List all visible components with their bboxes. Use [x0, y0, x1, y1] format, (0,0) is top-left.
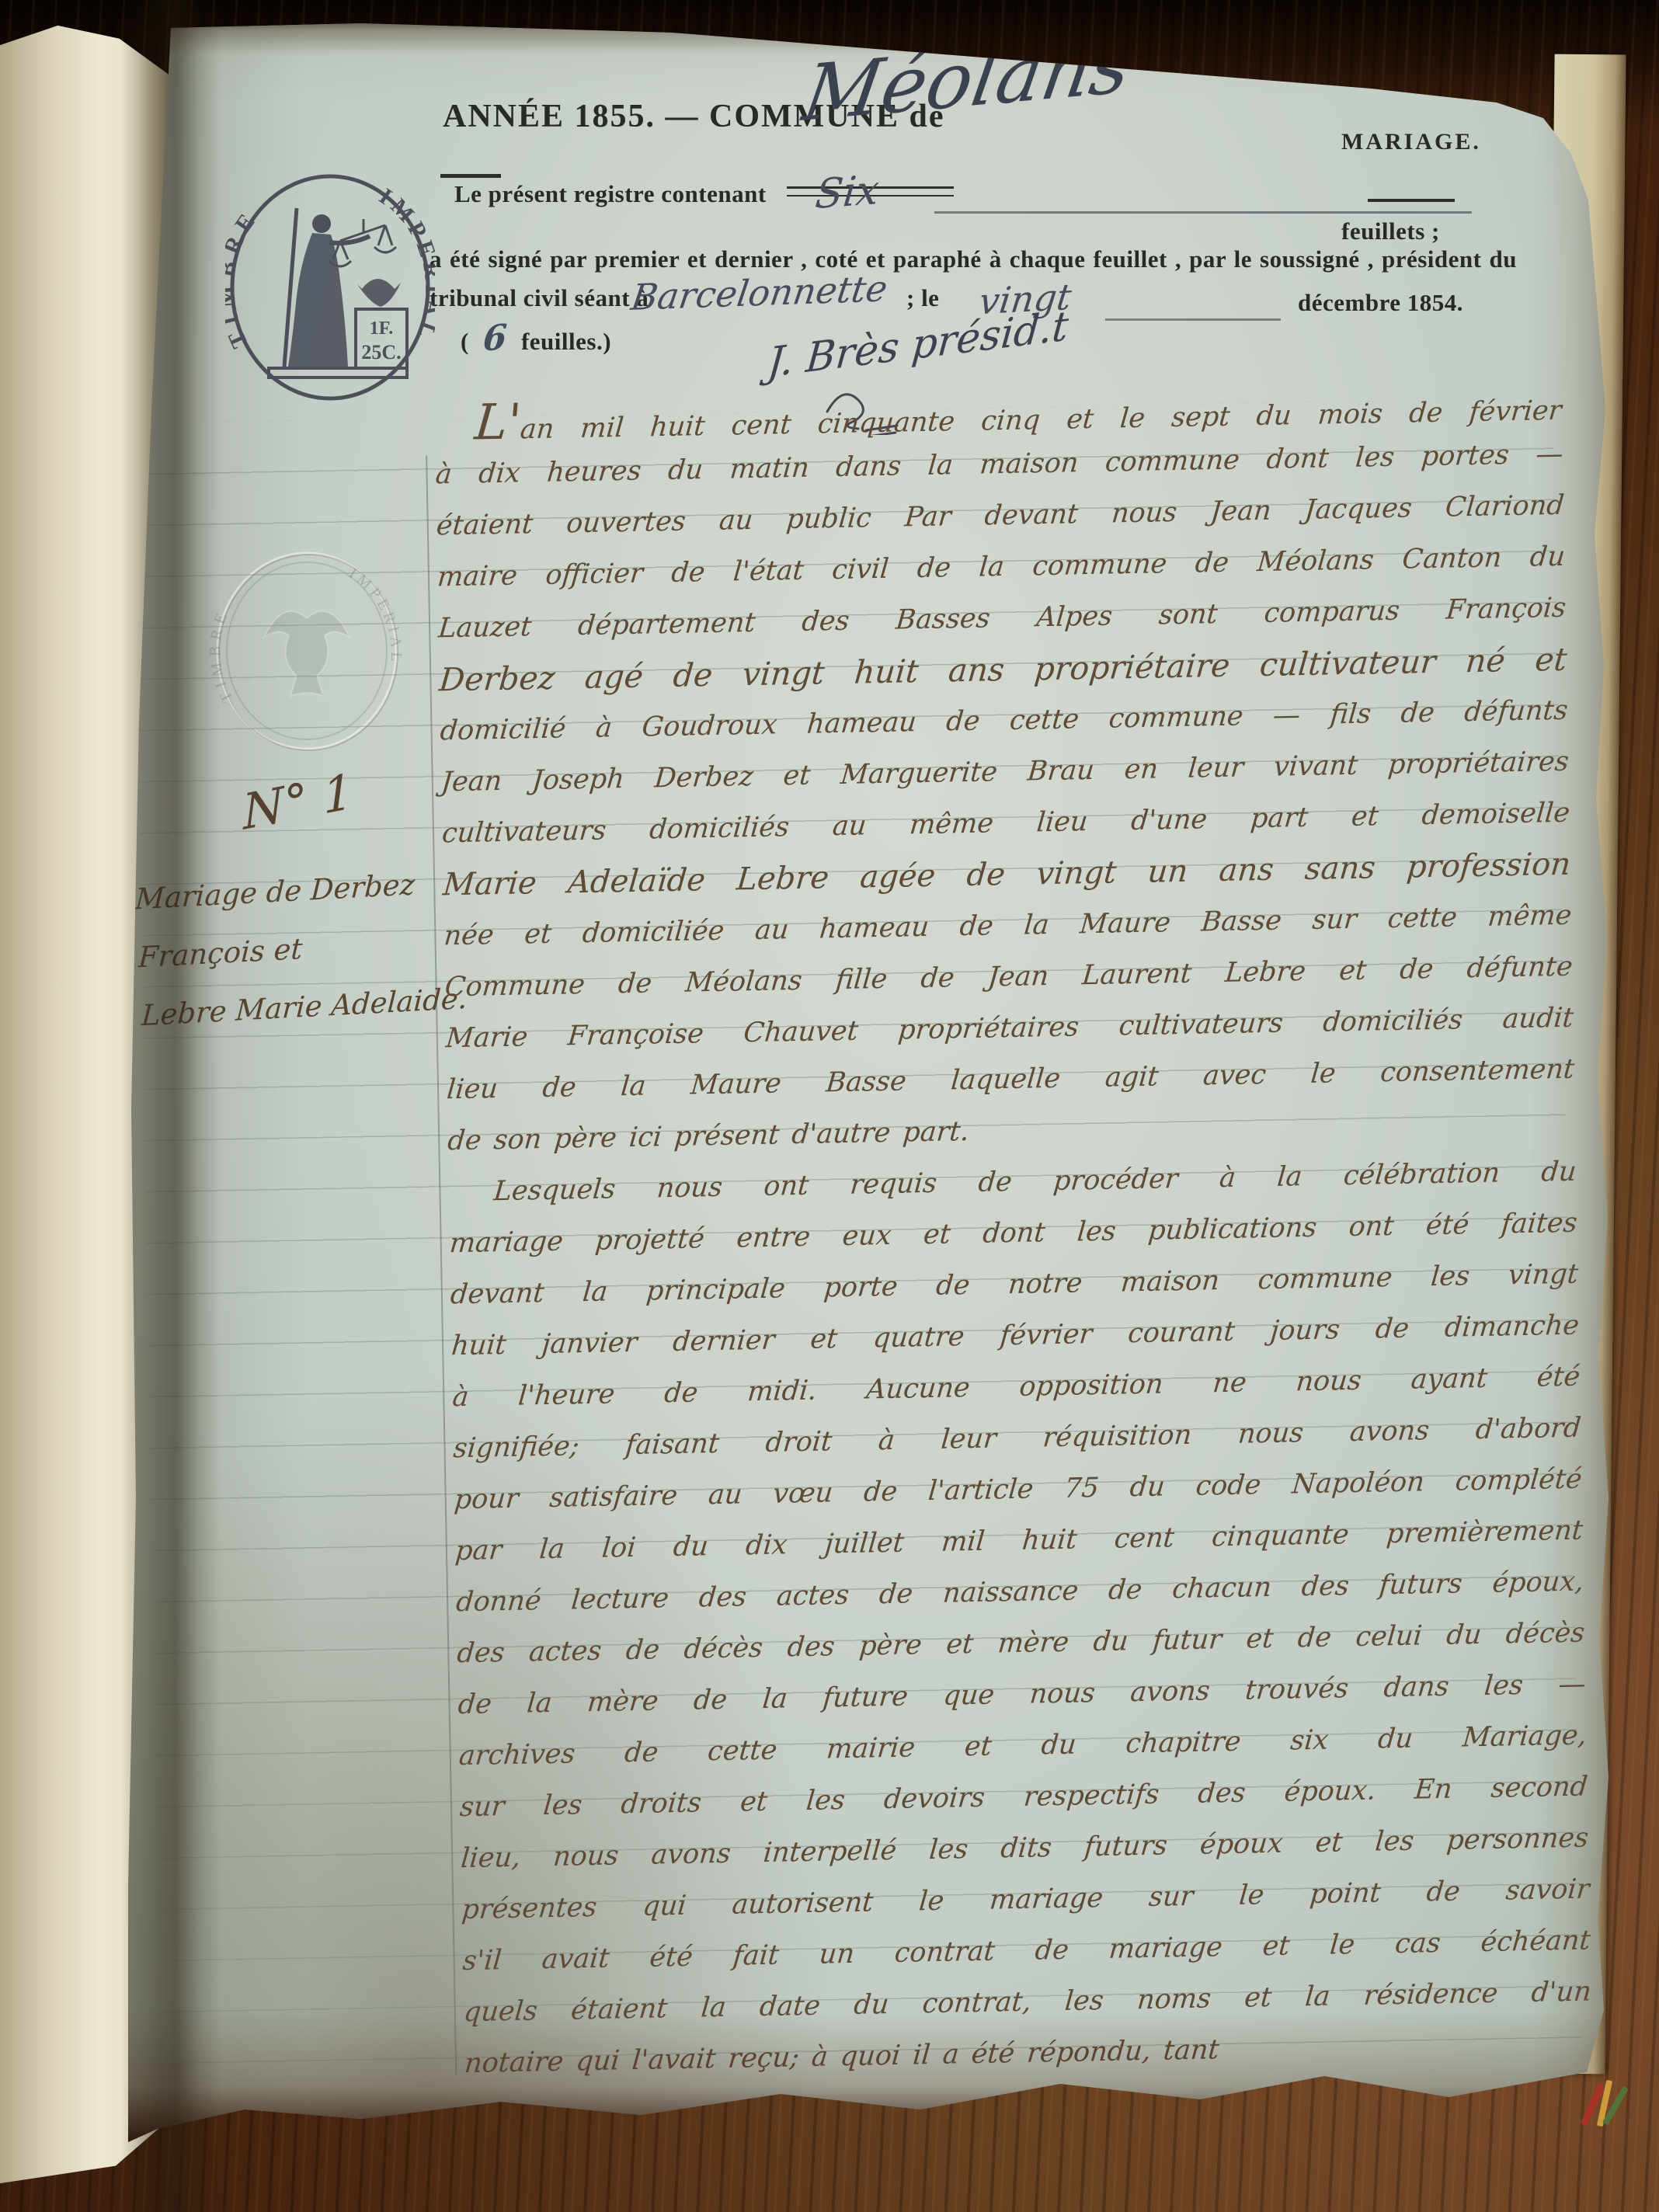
- printed-feuillets-label: feuillets ;: [1341, 217, 1440, 245]
- open-paren: (: [461, 328, 469, 355]
- printed-le-label: ; le: [906, 284, 939, 312]
- blank-fill-line: [1105, 318, 1281, 321]
- feuilles-label: feuilles.): [521, 328, 611, 355]
- handwritten-feuilles-count: 6: [482, 317, 509, 360]
- timbre-imperial-stamp: TIMBRE IMPERIAL. 1F.: [225, 171, 435, 404]
- printed-feuilles-note: (6feuilles.): [461, 318, 611, 358]
- stamp-value-centimes: 25C.: [361, 341, 401, 363]
- writing-area: N° 1 Mariage de DerbezFrançois etLebre M…: [127, 363, 1591, 2152]
- mariage-underline: [1368, 199, 1455, 202]
- printed-registre-line2: a été signé par premier et dernier , cot…: [430, 245, 1517, 273]
- scales-icon: [329, 219, 396, 266]
- printed-tribunal-label: tribunal civil séant à: [430, 284, 649, 312]
- printed-date-label: décembre 1854.: [1298, 289, 1463, 317]
- mariage-heading: MARIAGE.: [1341, 129, 1481, 155]
- act-body-text: L'an mil huit cent cinquante cinq et le …: [434, 379, 1593, 2091]
- act-number: N° 1: [242, 763, 355, 841]
- stamp-value-francs: 1F.: [370, 318, 393, 339]
- photograph-of-register-page: ANNÉE 1855. — COMMUNE de Méolans MARIAGE…: [0, 0, 1659, 2212]
- bookmark-threads-icon: [1584, 2078, 1639, 2148]
- blank-fill-line: [934, 211, 1472, 214]
- eagle-icon: [357, 279, 401, 307]
- printed-dash: [440, 174, 501, 178]
- handwritten-tribunal-city: Barcelonnette: [628, 267, 890, 318]
- register-page: ANNÉE 1855. — COMMUNE de Méolans MARIAGE…: [128, 22, 1619, 2150]
- printed-registre-line1: Le présent registre contenant: [454, 180, 767, 208]
- handwritten-feuillets-count: Six: [813, 167, 882, 218]
- margin-note: Mariage de DerbezFrançois etLebre Marie …: [133, 867, 446, 1058]
